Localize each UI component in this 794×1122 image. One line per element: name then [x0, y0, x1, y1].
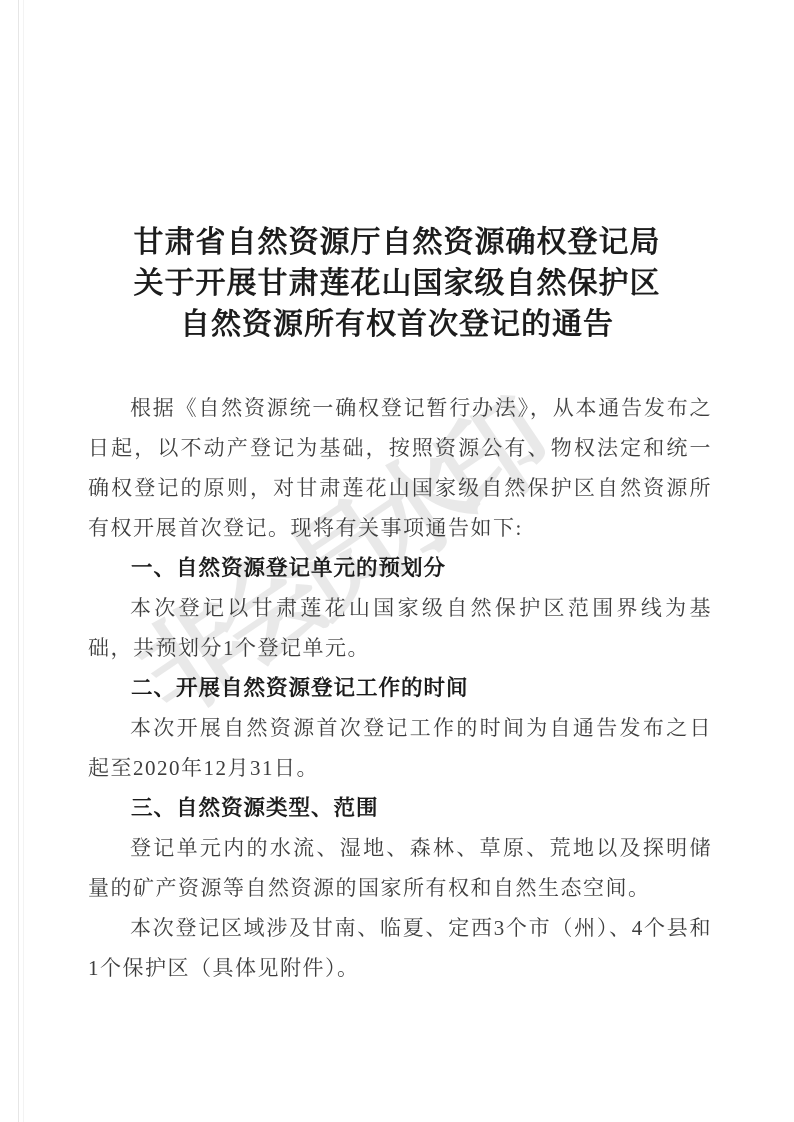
title-line-1: 甘肃省自然资源厅自然资源确权登记局: [0, 222, 794, 263]
document-body: 根据《自然资源统一确权登记暂行办法》，从本通告发布之日起，以不动产登记为基础，按…: [88, 388, 712, 988]
scan-edge-line: [18, 0, 19, 1122]
section-1-paragraph-1: 本次登记以甘肃莲花山国家级自然保护区范围界线为基础，共预划分1个登记单元。: [88, 588, 712, 668]
section-2-paragraph-1: 本次开展自然资源首次登记工作的时间为自通告发布之日起至2020年12月31日。: [88, 708, 712, 788]
section-3-heading: 三、自然资源类型、范围: [88, 788, 712, 828]
scan-edge-line-faint: [23, 0, 24, 1122]
title-line-2: 关于开展甘肃莲花山国家级自然保护区: [0, 263, 794, 304]
title-line-3: 自然资源所有权首次登记的通告: [0, 304, 794, 345]
section-1-heading: 一、自然资源登记单元的预划分: [88, 548, 712, 588]
intro-paragraph: 根据《自然资源统一确权登记暂行办法》，从本通告发布之日起，以不动产登记为基础，按…: [88, 388, 712, 548]
section-3-paragraph-1: 登记单元内的水流、湿地、森林、草原、荒地以及探明储量的矿产资源等自然资源的国家所…: [88, 828, 712, 908]
section-2-heading: 二、开展自然资源登记工作的时间: [88, 668, 712, 708]
document-title: 甘肃省自然资源厅自然资源确权登记局 关于开展甘肃莲花山国家级自然保护区 自然资源…: [0, 222, 794, 345]
document-page: 非会员水印 甘肃省自然资源厅自然资源确权登记局 关于开展甘肃莲花山国家级自然保护…: [0, 0, 794, 1122]
section-3-paragraph-2: 本次登记区域涉及甘南、临夏、定西3个市（州）、4个县和1个保护区（具体见附件）。: [88, 908, 712, 988]
